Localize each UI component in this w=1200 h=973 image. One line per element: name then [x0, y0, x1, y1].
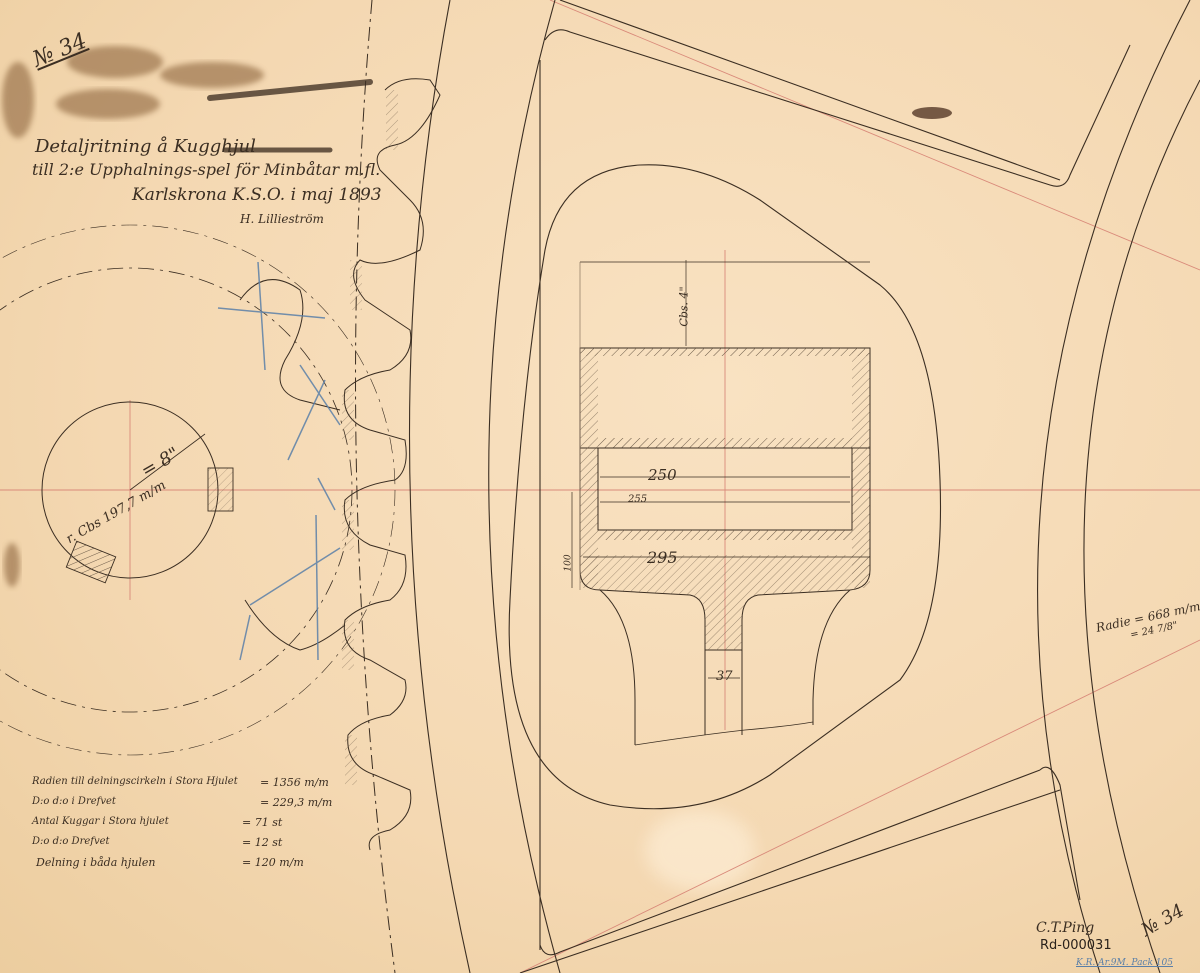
- catalog-reference: K.R. Ar.9M. Pack 105: [1076, 958, 1173, 968]
- spec-label: D:o d:o Drefvet: [32, 836, 110, 847]
- spec-row: Radien till delningscirkeln i Stora Hjul…: [32, 776, 332, 796]
- spec-row: D:o d:o i Drefvet = 229,3 m/m: [32, 796, 332, 816]
- spec-row: D:o d:o Drefvet = 12 st: [32, 836, 332, 856]
- blue-pencil-marks: [218, 262, 340, 660]
- spec-value: = 120 m/m: [242, 856, 304, 869]
- dimension-37: 37: [716, 669, 733, 684]
- title-line-3: Karlskrona K.S.O. i maj 1893: [132, 185, 382, 205]
- technical-drawing-sheet: № 34 Detaljritning å Kugghjul till 2:e U…: [0, 0, 1200, 973]
- title-line-2: till 2:e Upphalnings-spel för Minbåtar m…: [32, 160, 380, 179]
- spec-label: Radien till delningscirkeln i Stora Hjul…: [32, 776, 238, 787]
- spec-value: = 229,3 m/m: [260, 796, 332, 809]
- large-wheel-rim: [410, 0, 1200, 973]
- spec-value: = 71 st: [242, 816, 282, 829]
- dimension-100: 100: [564, 554, 574, 571]
- dimension-250: 250: [648, 466, 677, 484]
- dimension-255: 255: [628, 494, 647, 505]
- spec-label: Antal Kuggar i Stora hjulet: [32, 816, 169, 827]
- spec-value: = 1356 m/m: [260, 776, 329, 789]
- signature-bottom: C.T.Ping: [1036, 920, 1094, 936]
- spec-row: Delning i båda hjulen = 120 m/m: [32, 856, 332, 876]
- signature-top: H. Lillieström: [240, 212, 324, 226]
- spec-label: Delning i båda hjulen: [36, 856, 155, 869]
- height-dimension-label: Cbs. 4": [678, 286, 691, 326]
- spec-row: Antal Kuggar i Stora hjulet = 71 st: [32, 816, 332, 836]
- spec-label: D:o d:o i Drefvet: [32, 796, 116, 807]
- archive-id: Rd-000031: [1040, 938, 1112, 953]
- dimension-295: 295: [647, 548, 678, 567]
- specification-table: Radien till delningscirkeln i Stora Hjul…: [32, 776, 332, 876]
- spokes: [520, 0, 1130, 973]
- spec-value: = 12 st: [242, 836, 282, 849]
- title-line-1: Detaljritning å Kugghjul: [35, 136, 256, 157]
